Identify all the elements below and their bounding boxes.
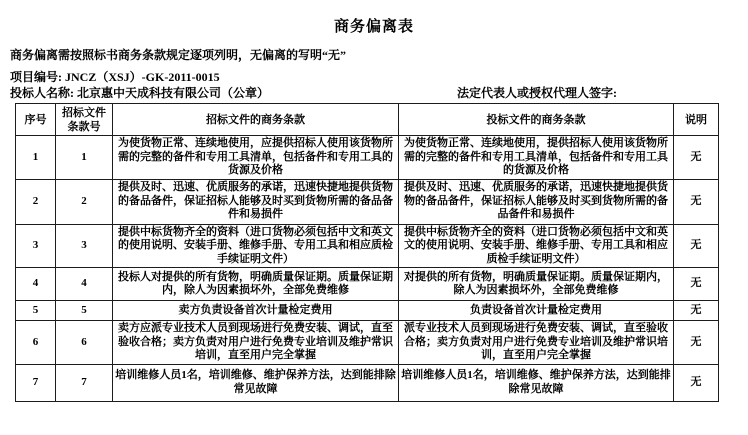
cell-clause-no: 2 bbox=[56, 179, 113, 224]
cell-bid-terms: 对提供的所有货物，明确质量保证期。质量保证期内，除人为因素损坏外，全部免费维修 bbox=[399, 268, 674, 301]
cell-tender-terms: 投标人对提供的所有货物，明确质量保证期。质量保证期内，除人为因素损坏外，全部免费… bbox=[113, 268, 399, 301]
cell-seq: 4 bbox=[16, 268, 56, 301]
cell-bid-terms: 培训维修人员1名，培训维修、维护保养方法，达到能排除常见故障 bbox=[399, 364, 674, 401]
cell-clause-no: 3 bbox=[56, 224, 113, 268]
cell-tender-terms: 卖方应派专业技术人员到现场进行免费安装、调试，直至验收合格；卖方负责对用户进行免… bbox=[113, 321, 399, 365]
cell-tender-terms: 培训维修人员1名，培训维修、维护保养方法，达到能排除常见故障 bbox=[113, 364, 399, 401]
cell-clause-no: 7 bbox=[56, 364, 113, 401]
cell-note: 无 bbox=[674, 179, 719, 224]
col-header-seq: 序号 bbox=[16, 104, 56, 136]
col-header-note: 说明 bbox=[674, 104, 719, 136]
project-number-label: 项目编号: bbox=[10, 70, 62, 84]
table-row: 3 3 提供中标货物齐全的资料（进口货物必须包括中文和英文的使用说明、安装手册、… bbox=[16, 224, 719, 268]
cell-bid-terms: 负责设备首次计量检定费用 bbox=[399, 301, 674, 321]
table-header-row: 序号 招标文件条款号 招标文件的商务条款 投标文件的商务条款 说明 bbox=[16, 104, 719, 136]
cell-clause-no: 4 bbox=[56, 268, 113, 301]
table-row: 2 2 提供及时、迅速、优质服务的承诺，迅速快捷地提供货物的备品备件，保证招标人… bbox=[16, 179, 719, 224]
document-page: 商务偏离表 商务偏离需按照标书商务条款规定逐项列明，无偏离的写明“无” 项目编号… bbox=[0, 0, 748, 435]
table-row: 7 7 培训维修人员1名，培训维修、维护保养方法，达到能排除常见故障 培训维修人… bbox=[16, 364, 719, 401]
table-row: 5 5 卖方负责设备首次计量检定费用 负责设备首次计量检定费用 无 bbox=[16, 301, 719, 321]
signature-label: 法定代表人或授权代理人签字: bbox=[457, 84, 617, 101]
col-header-clause-no: 招标文件条款号 bbox=[56, 104, 113, 136]
cell-note: 无 bbox=[674, 301, 719, 321]
bidder-name-label: 投标人名称: bbox=[10, 86, 74, 100]
col-header-tender-terms: 招标文件的商务条款 bbox=[113, 104, 399, 136]
table-row: 4 4 投标人对提供的所有货物，明确质量保证期。质量保证期内，除人为因素损坏外，… bbox=[16, 268, 719, 301]
cell-note: 无 bbox=[674, 224, 719, 268]
bidder-name-line: 投标人名称: 北京惠中天成科技有限公司（公章） bbox=[10, 84, 269, 101]
deviation-table: 序号 招标文件条款号 招标文件的商务条款 投标文件的商务条款 说明 1 1 为使… bbox=[15, 103, 719, 402]
cell-seq: 2 bbox=[16, 179, 56, 224]
cell-note: 无 bbox=[674, 268, 719, 301]
cell-bid-terms: 提供中标货物齐全的资料（进口货物必须包括中文和英文的使用说明、安装手册、维修手册… bbox=[399, 224, 674, 268]
cell-bid-terms: 为使货物正常、连续地使用，提供招标人使用该货物所需的完整的备件和专用工具清单，包… bbox=[399, 136, 674, 180]
cell-note: 无 bbox=[674, 136, 719, 180]
table-row: 1 1 为使货物正常、连续地使用，应提供招标人使用该货物所需的完整的备件和专用工… bbox=[16, 136, 719, 180]
project-number-value: JNCZ（XSJ）-GK-2011-0015 bbox=[65, 70, 220, 84]
cell-note: 无 bbox=[674, 364, 719, 401]
cell-tender-terms: 卖方负责设备首次计量检定费用 bbox=[113, 301, 399, 321]
cell-tender-terms: 提供及时、迅速、优质服务的承诺，迅速快捷地提供货物的备品备件，保证招标人能够及时… bbox=[113, 179, 399, 224]
cell-clause-no: 1 bbox=[56, 136, 113, 180]
cell-bid-terms: 派专业技术人员到现场进行免费安装、调试，直至验收合格；卖方负责对用户进行免费专业… bbox=[399, 321, 674, 365]
cell-tender-terms: 提供中标货物齐全的资料（进口货物必须包括中文和英文的使用说明、安装手册、维修手册… bbox=[113, 224, 399, 268]
project-number-line: 项目编号: JNCZ（XSJ）-GK-2011-0015 bbox=[10, 68, 220, 85]
cell-tender-terms: 为使货物正常、连续地使用，应提供招标人使用该货物所需的完整的备件和专用工具清单，… bbox=[113, 136, 399, 180]
cell-clause-no: 6 bbox=[56, 321, 113, 365]
cell-seq: 3 bbox=[16, 224, 56, 268]
cell-seq: 5 bbox=[16, 301, 56, 321]
note-text: 商务偏离需按照标书商务条款规定逐项列明，无偏离的写明“无” bbox=[10, 46, 346, 63]
page-title: 商务偏离表 bbox=[0, 15, 748, 36]
cell-note: 无 bbox=[674, 321, 719, 365]
cell-bid-terms: 提供及时、迅速、优质服务的承诺，迅速快捷地提供货物的备品备件，保证招标人能够及时… bbox=[399, 179, 674, 224]
cell-seq: 7 bbox=[16, 364, 56, 401]
col-header-bid-terms: 投标文件的商务条款 bbox=[399, 104, 674, 136]
cell-seq: 6 bbox=[16, 321, 56, 365]
table-row: 6 6 卖方应派专业技术人员到现场进行免费安装、调试，直至验收合格；卖方负责对用… bbox=[16, 321, 719, 365]
cell-clause-no: 5 bbox=[56, 301, 113, 321]
bidder-name-value: 北京惠中天成科技有限公司（公章） bbox=[77, 86, 269, 100]
cell-seq: 1 bbox=[16, 136, 56, 180]
